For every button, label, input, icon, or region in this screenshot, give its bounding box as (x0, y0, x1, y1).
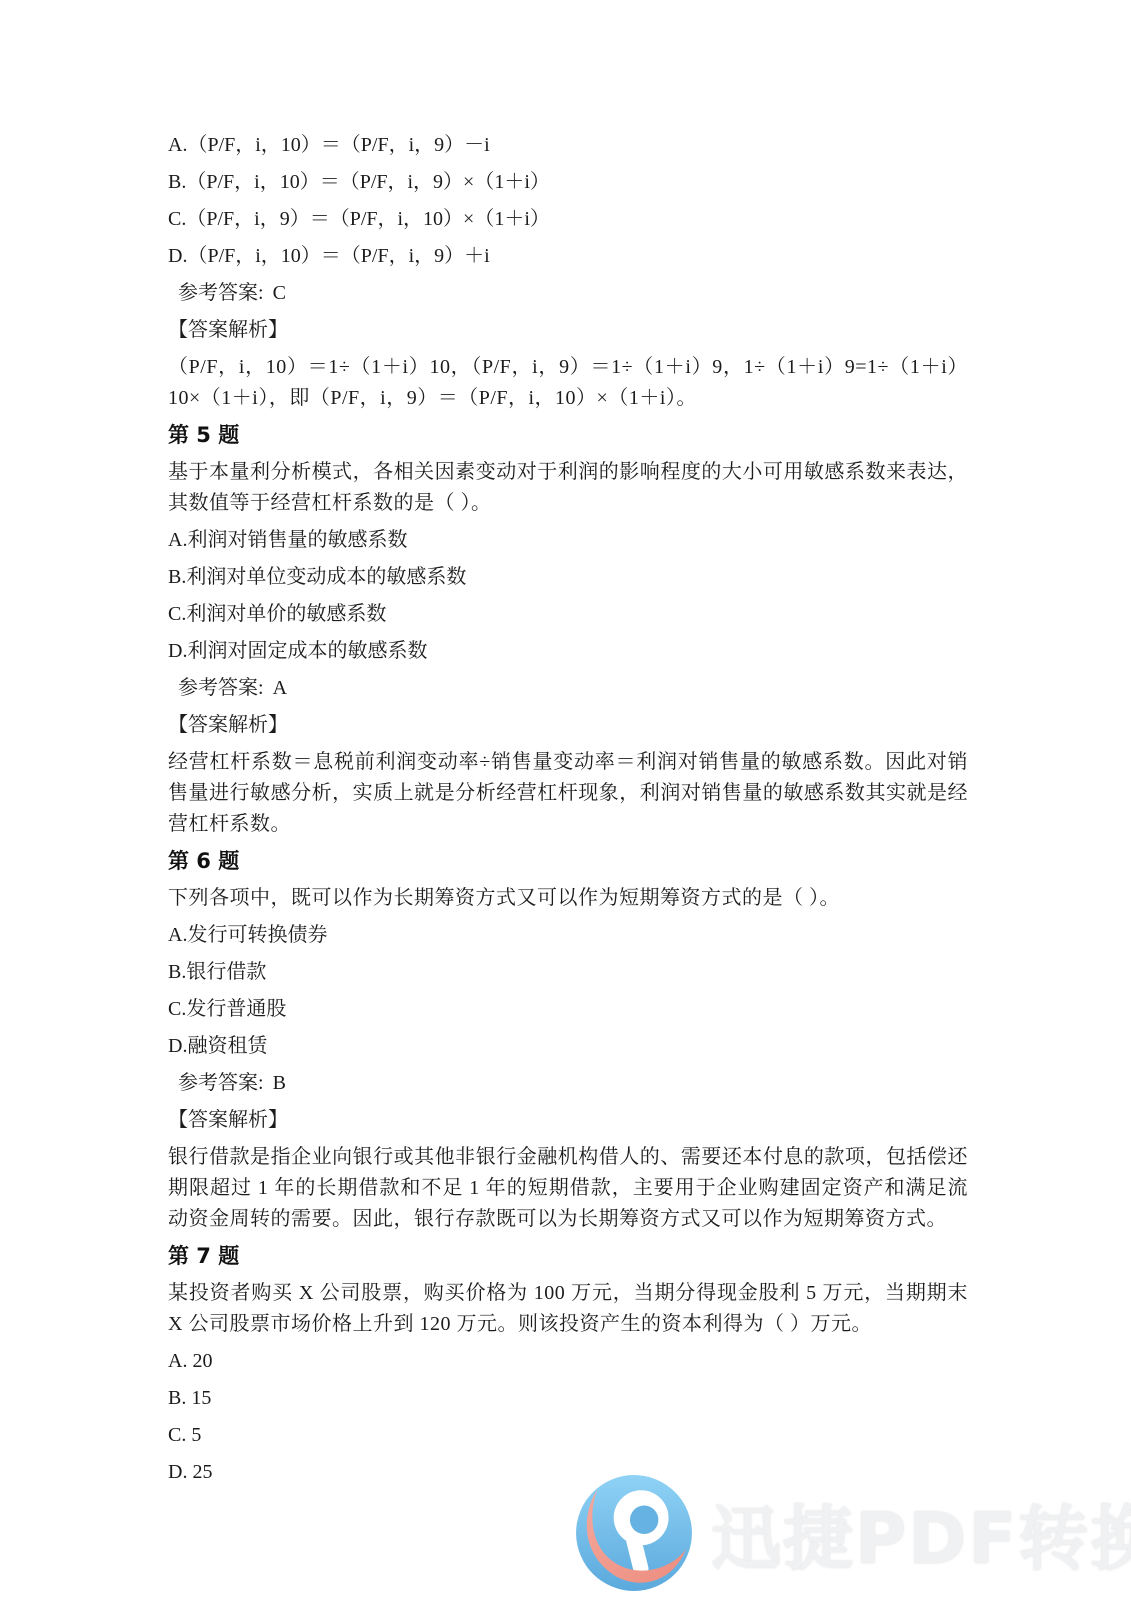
question-4-option-c: C.（P/F，i，9）＝（P/F，i，10）×（1＋i） (168, 204, 968, 235)
question-4-answer-line: 参考答案:C (168, 278, 968, 309)
question-5-option-d: D.利润对固定成本的敏感系数 (168, 636, 968, 667)
question-4-analysis-heading: 【答案解析】 (168, 315, 968, 346)
question-5-option-b: B.利润对单位变动成本的敏感系数 (168, 562, 968, 593)
answer-label: 参考答案: (178, 677, 264, 699)
question-6-answer-line: 参考答案:B (168, 1068, 968, 1099)
answer-label: 参考答案: (178, 1072, 264, 1094)
question-5-analysis-heading: 【答案解析】 (168, 710, 968, 741)
question-4-answer-value: C (273, 282, 286, 304)
document-page: A.（P/F，i，10）＝（P/F，i，9）－i B.（P/F，i，10）＝（P… (168, 130, 968, 1494)
question-6-analysis-heading: 【答案解析】 (168, 1105, 968, 1136)
question-5-option-c: C.利润对单价的敏感系数 (168, 599, 968, 630)
question-5-option-a: A.利润对销售量的敏感系数 (168, 525, 968, 556)
question-6-heading: 第 6 题 (168, 846, 968, 877)
watermark: 迅捷PDF转换器 (573, 1472, 1131, 1594)
question-5-analysis-text: 经营杠杆系数＝息税前利润变动率÷销售量变动率＝利润对销售量的敏感系数。因此对销售… (168, 747, 968, 840)
question-7-option-c: C. 5 (168, 1420, 968, 1451)
question-6-option-c: C.发行普通股 (168, 994, 968, 1025)
question-6-answer-value: B (273, 1072, 286, 1094)
question-5-text: 基于本量利分析模式，各相关因素变动对于利润的影响程度的大小可用敏感系数来表达，其… (168, 457, 968, 519)
answer-label: 参考答案: (178, 282, 264, 304)
question-4-analysis-text: （P/F，i，10）＝1÷（1＋i）10，（P/F，i，9）＝1÷（1＋i）9，… (168, 352, 968, 414)
watermark-brand-text: 迅捷PDF转换器 (711, 1483, 1131, 1584)
question-4-option-b: B.（P/F，i，10）＝（P/F，i，9）×（1＋i） (168, 167, 968, 198)
question-7-heading: 第 7 题 (168, 1241, 968, 1272)
question-6-option-d: D.融资租赁 (168, 1031, 968, 1062)
question-7-option-a: A. 20 (168, 1346, 968, 1377)
question-5-heading: 第 5 题 (168, 420, 968, 451)
pdf-converter-logo-icon (573, 1472, 695, 1594)
question-7-text: 某投资者购买 X 公司股票，购买价格为 100 万元，当期分得现金股利 5 万元… (168, 1278, 968, 1340)
question-4-option-d: D.（P/F，i，10）＝（P/F，i，9）＋i (168, 241, 968, 272)
question-5-answer-line: 参考答案:A (168, 673, 968, 704)
question-6-option-a: A.发行可转换债券 (168, 920, 968, 951)
question-6-text: 下列各项中，既可以作为长期筹资方式又可以作为短期筹资方式的是（ ）。 (168, 883, 968, 914)
question-6-option-b: B.银行借款 (168, 957, 968, 988)
question-5-answer-value: A (273, 677, 287, 699)
question-4-option-a: A.（P/F，i，10）＝（P/F，i，9）－i (168, 130, 968, 161)
question-7-option-b: B. 15 (168, 1383, 968, 1414)
question-6-analysis-text: 银行借款是指企业向银行或其他非银行金融机构借人的、需要还本付息的款项，包括偿还期… (168, 1142, 968, 1235)
